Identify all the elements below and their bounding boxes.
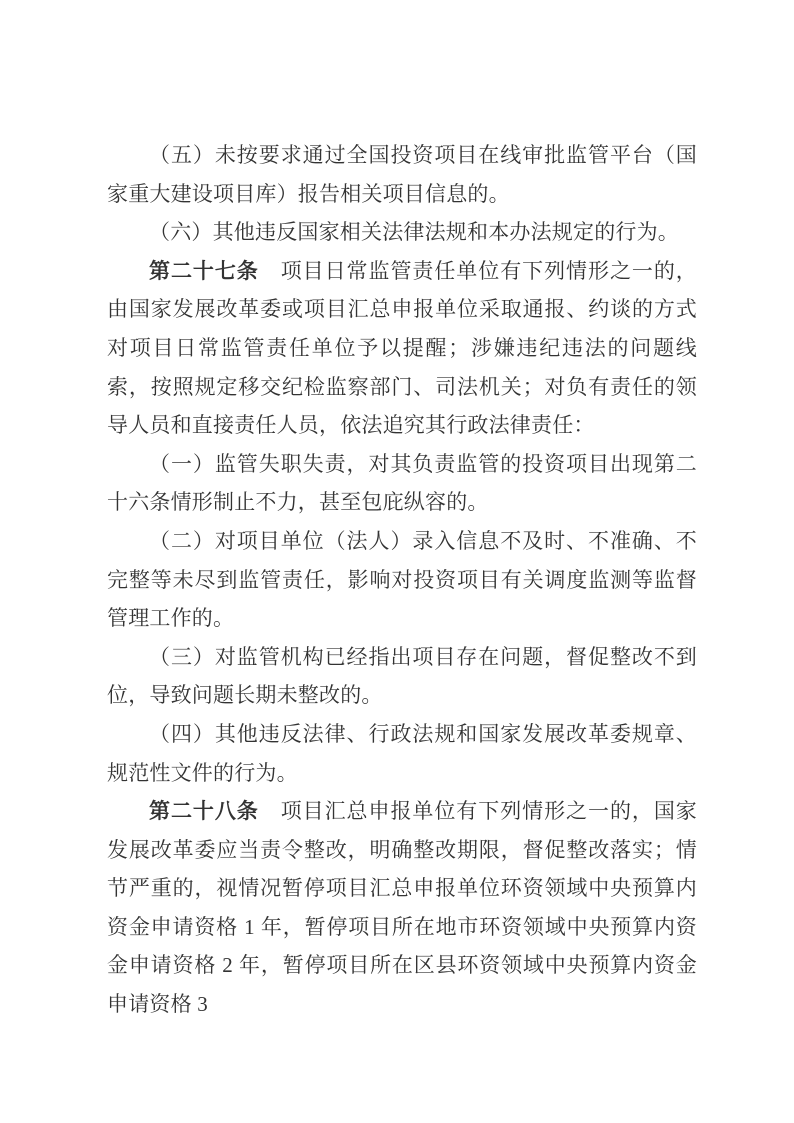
article-number: 第二十七条 [149, 259, 259, 283]
paragraph: （三）对监管机构已经指出项目存在问题，督促整改不到位，导致问题长期未整改的。 [107, 638, 697, 715]
article-number: 第二十八条 [149, 799, 259, 823]
paragraph: （二）对项目单位（法人）录入信息不及时、不准确、不完整等未尽到监管责任，影响对投… [107, 522, 697, 638]
paragraph: 第二十七条 项目日常监管责任单位有下列情形之一的，由国家发展改革委或项目汇总申报… [107, 252, 697, 445]
paragraph: （一）监管失职失责，对其负责监管的投资项目出现第二十六条情形制止不力，甚至包庇纵… [107, 445, 697, 522]
paragraph: （六）其他违反国家相关法律法规和本办法规定的行为。 [107, 213, 697, 252]
document-page: （五）未按要求通过全国投资项目在线审批监管平台（国家重大建设项目库）报告相关项目… [0, 0, 794, 1123]
paragraph: （四）其他违反法律、行政法规和国家发展改革委规章、规范性文件的行为。 [107, 715, 697, 792]
paragraph: （五）未按要求通过全国投资项目在线审批监管平台（国家重大建设项目库）报告相关项目… [107, 136, 697, 213]
document-body: （五）未按要求通过全国投资项目在线审批监管平台（国家重大建设项目库）报告相关项目… [107, 136, 697, 1024]
paragraph: 第二十八条 项目汇总申报单位有下列情形之一的，国家发展改革委应当责令整改，明确整… [107, 792, 697, 1024]
